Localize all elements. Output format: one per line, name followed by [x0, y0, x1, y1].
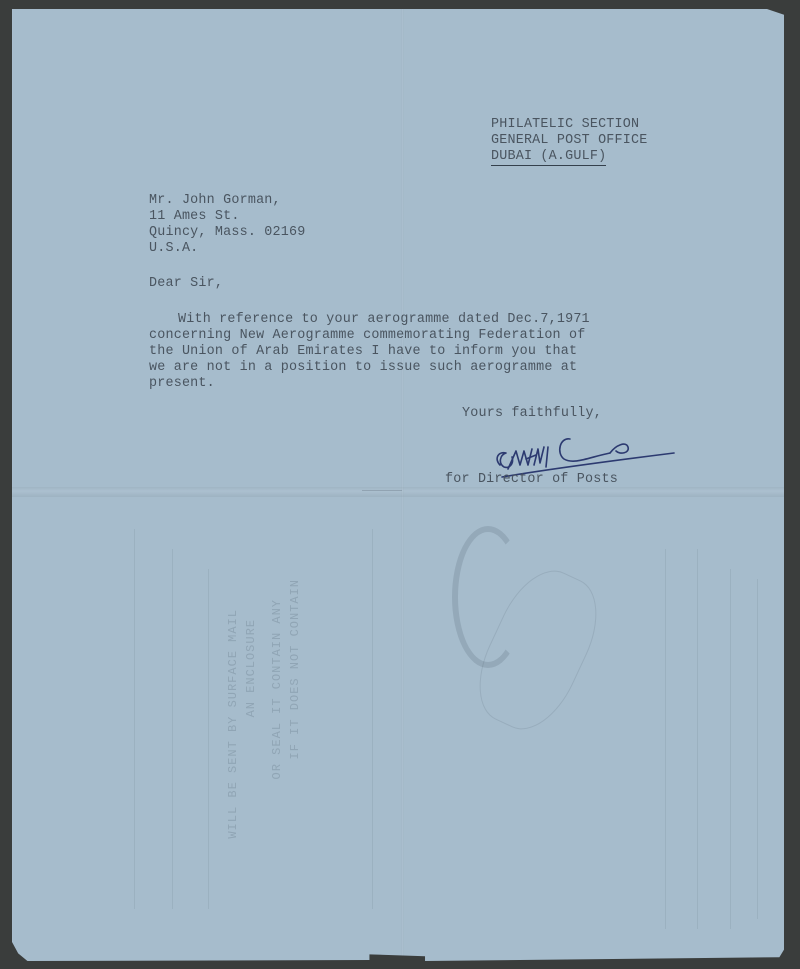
- dash-mark: [362, 490, 402, 491]
- reverse-guide-line: [208, 569, 209, 909]
- reverse-guide-line: [697, 549, 698, 929]
- closing: Yours faithfully,: [462, 406, 602, 422]
- body-line4: we are not in a position to issue such a…: [149, 360, 590, 376]
- recipient-city: Quincy, Mass. 02169: [149, 225, 305, 240]
- reverse-guide-line: [757, 579, 758, 919]
- body-line5: present.: [149, 376, 590, 392]
- reverse-guide-line: [372, 529, 373, 909]
- recipient-name: Mr. John Gorman,: [149, 193, 281, 208]
- recipient-country: U.S.A.: [149, 241, 198, 256]
- signatory-title: for Director of Posts: [445, 472, 618, 488]
- salutation: Dear Sir,: [149, 276, 223, 292]
- recipient-street: 11 Ames St.: [149, 209, 240, 224]
- body-line1: With reference to your aerogramme dated …: [178, 312, 590, 327]
- reverse-guide-line: [172, 549, 173, 909]
- vertical-fold: [401, 9, 404, 961]
- reverse-guide-line: [730, 569, 731, 929]
- reverse-guide-line: [665, 549, 666, 929]
- reverse-ghost-text: IF IT DOES NOT CONTAIN: [288, 579, 302, 759]
- letterhead-line2: GENERAL POST OFFICE: [491, 133, 647, 148]
- body-line2: concerning New Aerogramme commemorating …: [149, 328, 590, 344]
- reverse-ghost-text: AN ENCLOSURE: [244, 619, 258, 717]
- aerogramme-sheet: OR SEAL IT CONTAIN ANY AN ENCLOSURE IF I…: [12, 9, 784, 961]
- letterhead: PHILATELIC SECTION GENERAL POST OFFICE D…: [491, 117, 647, 165]
- recipient-address: Mr. John Gorman, 11 Ames St. Quincy, Mas…: [149, 193, 305, 257]
- body-line3: the Union of Arab Emirates I have to inf…: [149, 344, 590, 360]
- letterhead-line1: PHILATELIC SECTION: [491, 117, 639, 132]
- letter-body: With reference to your aerogramme dated …: [178, 312, 590, 392]
- reverse-ghost-text: WILL BE SENT BY SURFACE MAIL: [226, 609, 240, 839]
- scan-background: OR SEAL IT CONTAIN ANY AN ENCLOSURE IF I…: [0, 0, 800, 969]
- horizontal-fold: [12, 487, 784, 497]
- letterhead-line3: DUBAI (A.GULF): [491, 149, 606, 166]
- reverse-ghost-text: OR SEAL IT CONTAIN ANY: [270, 599, 284, 779]
- reverse-guide-line: [134, 529, 135, 909]
